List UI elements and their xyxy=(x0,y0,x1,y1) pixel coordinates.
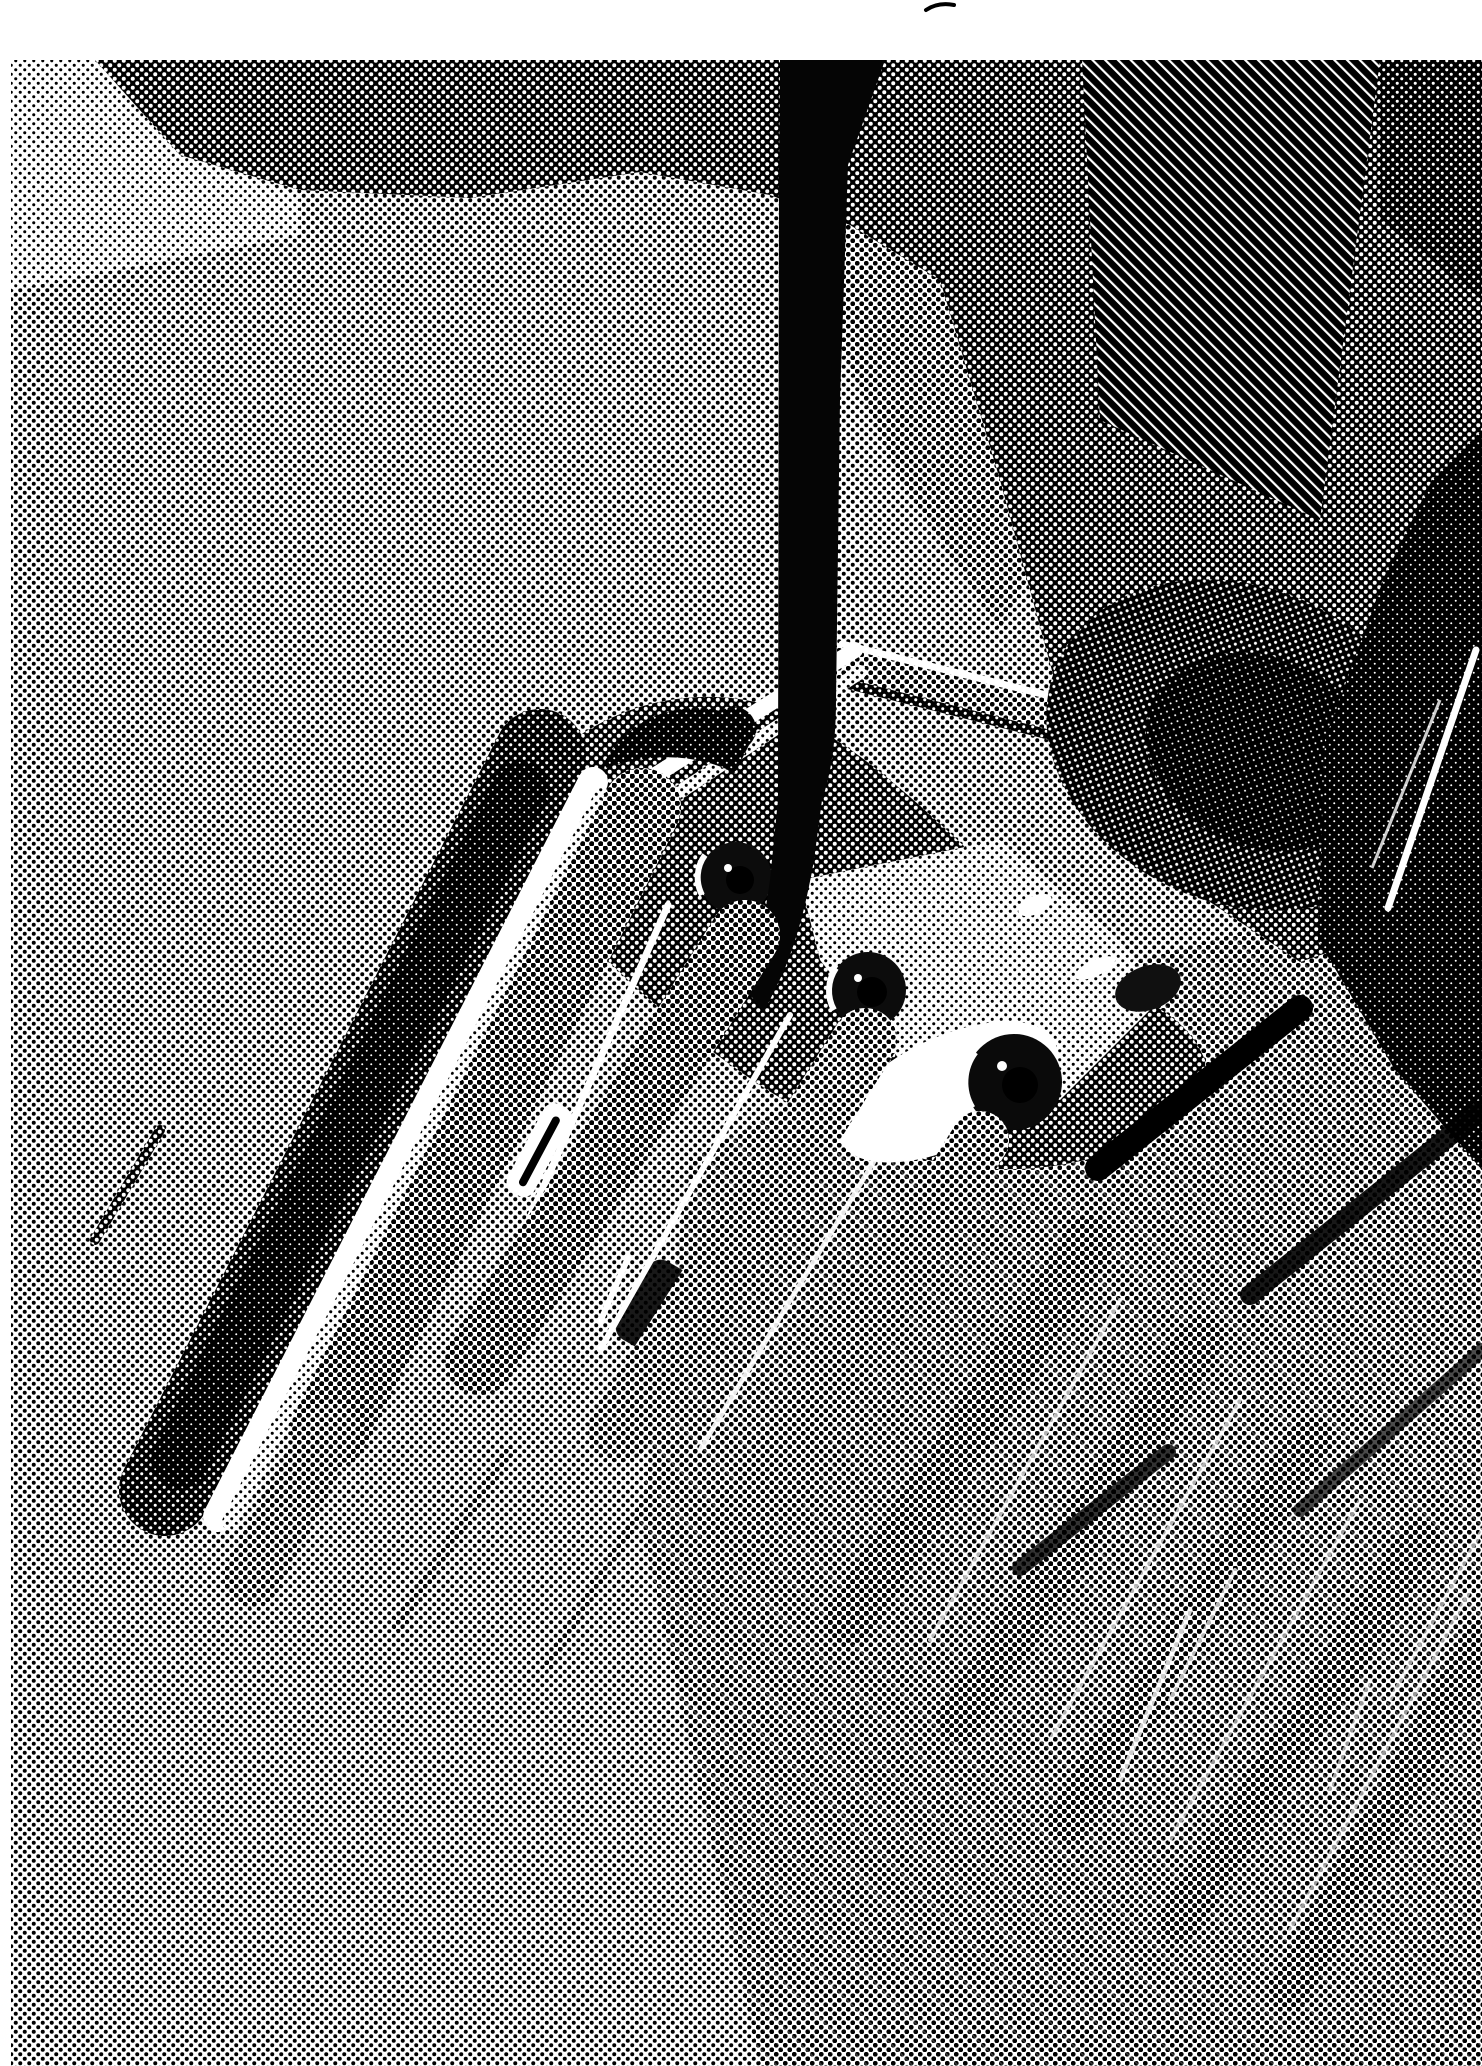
halftone-photo xyxy=(0,0,1482,2066)
scanned-page: Halftone photograph of needle-bar clamp … xyxy=(0,0,1482,2066)
upper-clamp-screw xyxy=(712,707,756,751)
